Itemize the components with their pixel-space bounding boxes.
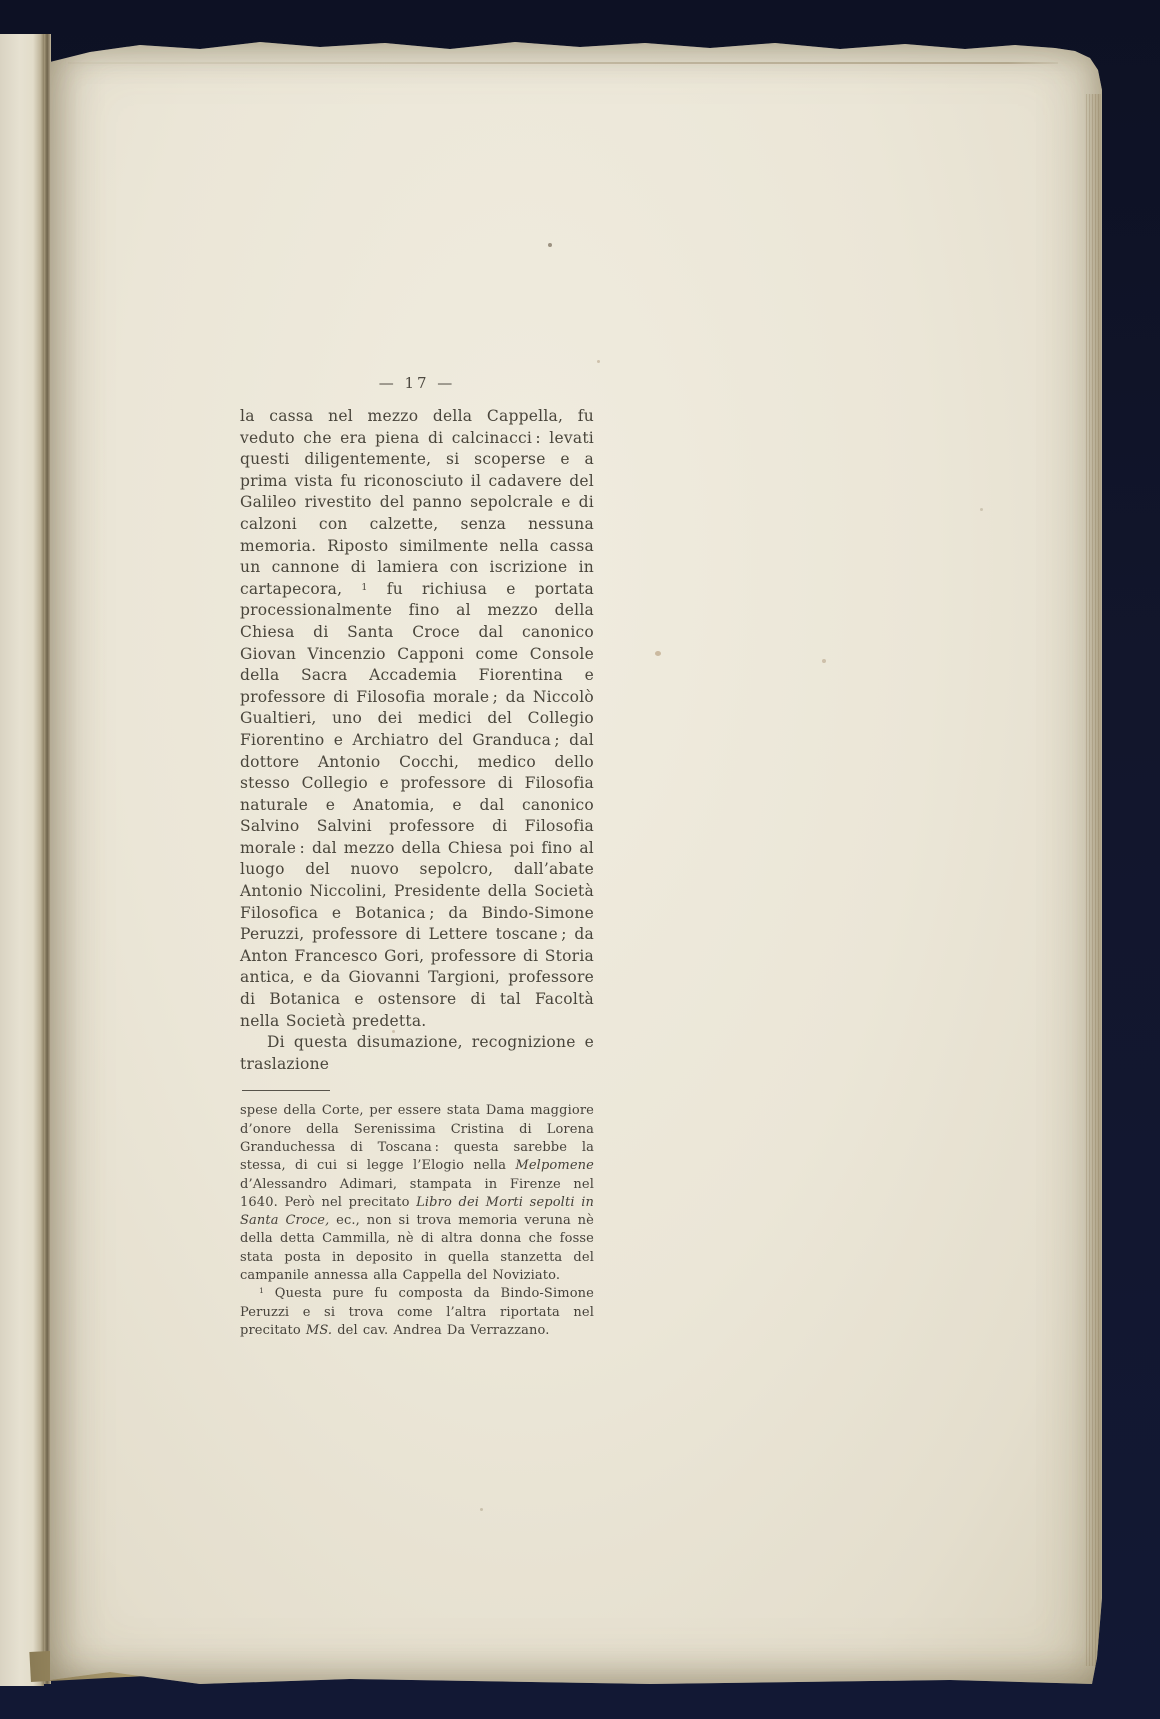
page-number: — 17 —	[240, 374, 594, 392]
printed-text-column: — 17 — la cassa nel mezzo della Cappella…	[240, 374, 594, 1340]
book-page: — 17 — la cassa nel mezzo della Cappella…	[50, 38, 1102, 1684]
paper-speck	[480, 1508, 483, 1511]
paper-speck	[597, 360, 600, 363]
book-scan-photo: — 17 — la cassa nel mezzo della Cappella…	[0, 0, 1160, 1719]
gutter-shadow	[44, 34, 51, 1684]
paper-speck	[548, 243, 552, 247]
footnote-paragraph: 1 Questa pure fu composta da Bindo-Simon…	[240, 1285, 594, 1340]
footnote-text: spese della Corte, per essere stata Dama…	[240, 1102, 594, 1340]
page-edge-stack	[1084, 94, 1101, 1666]
facing-page-edge	[0, 34, 44, 1686]
paper-speck	[822, 659, 826, 663]
page-top-edge-line	[68, 62, 1058, 64]
body-text: la cassa nel mezzo della Cappella, fu ve…	[240, 406, 594, 1075]
body-paragraph: Di questa disumazione, recognizione e tr…	[240, 1032, 594, 1075]
footnote-paragraph: spese della Corte, per essere stata Dama…	[240, 1102, 594, 1285]
footnote-separator	[242, 1090, 330, 1091]
body-paragraph: la cassa nel mezzo della Cappella, fu ve…	[240, 406, 594, 1032]
paper-speck	[980, 508, 983, 511]
paper-speck	[655, 651, 661, 656]
